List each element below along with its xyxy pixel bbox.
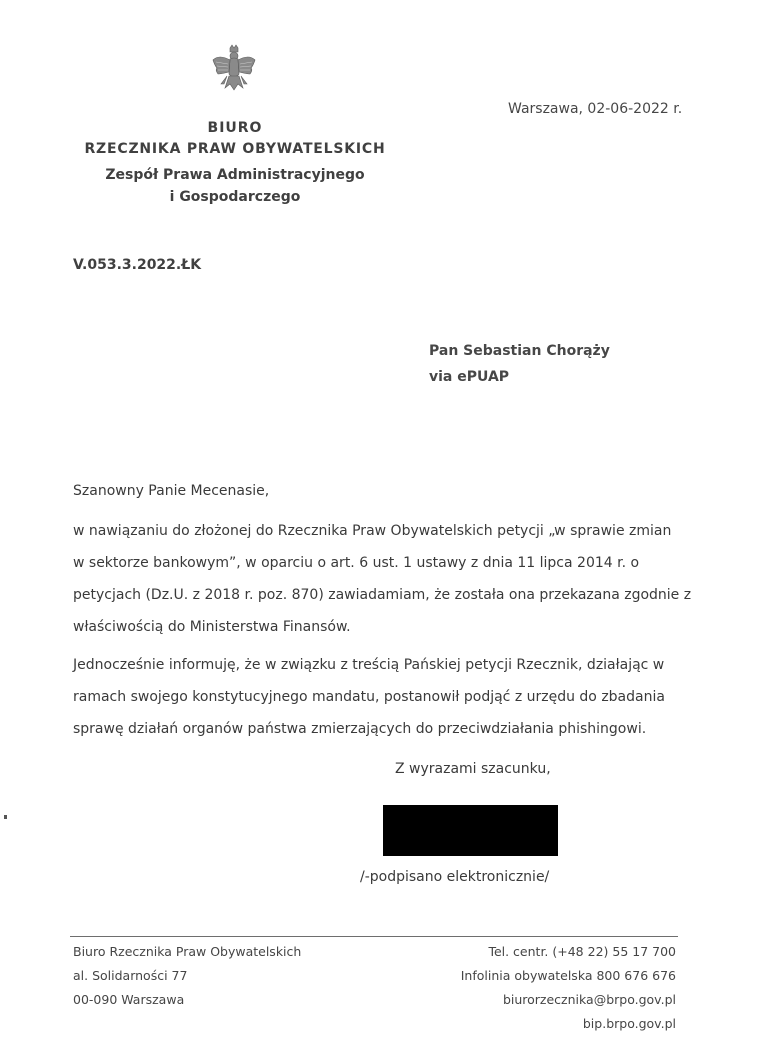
paragraph-line: w sektorze bankowym”, w oparciu o art. 6… [73,547,693,579]
org-name-line1: BIURO [60,120,410,136]
footer-phone: Tel. centr. (+48 22) 55 17 700 [461,940,676,964]
footer-contacts: Tel. centr. (+48 22) 55 17 700 Infolinia… [461,940,676,1036]
recipient-delivery-channel: via ePUAP [429,369,509,385]
team-name-line2: i Gospodarczego [60,189,410,205]
footer-city: 00-090 Warszawa [73,988,301,1012]
footer-divider [70,936,678,937]
paragraph-line: właściwością do Ministerstwa Finansów. [73,611,693,643]
salutation: Szanowny Panie Mecenasie, [73,483,269,499]
footer-org-name: Biuro Rzecznika Praw Obywatelskich [73,940,301,964]
footer-street: al. Solidarności 77 [73,964,301,988]
team-name-line1: Zespół Prawa Administracyjnego [60,167,410,183]
redacted-signature [383,805,558,856]
paragraph-line: ramach swojego konstytucyjnego mandatu, … [73,681,693,713]
body-paragraph-1: w nawiązaniu do złożonej do Rzecznika Pr… [73,515,693,643]
paragraph-line: petycjach (Dz.U. z 2018 r. poz. 870) zaw… [73,579,693,611]
footer-website: bip.brpo.gov.pl [461,1012,676,1036]
case-reference: V.053.3.2022.ŁK [73,257,201,273]
closing-phrase: Z wyrazami szacunku, [395,761,551,777]
polish-eagle-emblem-icon [211,44,257,96]
electronic-signature-note: /-podpisano elektronicznie/ [360,869,549,885]
footer-address: Biuro Rzecznika Praw Obywatelskich al. S… [73,940,301,1012]
org-name-line2: RZECZNIKA PRAW OBYWATELSKICH [60,141,410,157]
paragraph-line: Jednocześnie informuję, że w związku z t… [73,649,693,681]
footer-email: biurorzecznika@brpo.gov.pl [461,988,676,1012]
recipient-name: Pan Sebastian Chorąży [429,343,610,359]
body-paragraph-2: Jednocześnie informuję, że w związku z t… [73,649,693,745]
scan-artifact [4,815,7,819]
footer-hotline: Infolinia obywatelska 800 676 676 [461,964,676,988]
letter-date: Warszawa, 02-06-2022 r. [508,101,682,117]
paragraph-line: w nawiązaniu do złożonej do Rzecznika Pr… [73,515,693,547]
paragraph-line: sprawę działań organów państwa zmierzają… [73,713,693,745]
